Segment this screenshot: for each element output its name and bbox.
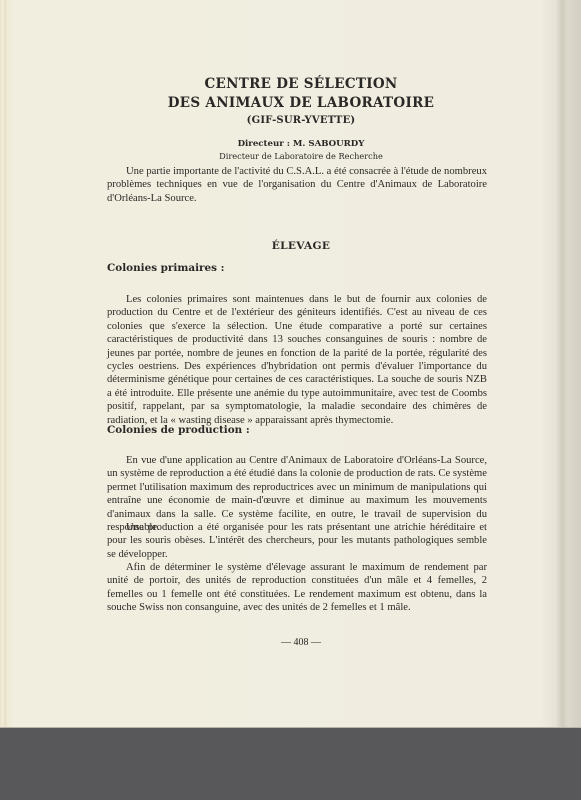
document-page: CENTRE DE SÉLECTION DES ANIMAUX DE LABOR… (0, 0, 581, 728)
director-title: Directeur de Laboratoire de Recherche (107, 151, 495, 161)
subsection-heading-primary-colonies: Colonies primaires : (107, 262, 224, 274)
paragraph-production-2: Une production a été organisée pour les … (107, 521, 487, 561)
paragraph-production-3: Afin de déterminer le système d'élevage … (107, 561, 487, 615)
location-subtitle: (GIF-SUR-YVETTE) (107, 115, 495, 126)
paragraph-primary-colonies: Les colonies primaires sont maintenues d… (107, 293, 487, 427)
director-name: Directeur : M. SABOURDY (107, 139, 495, 149)
subsection-heading-production-colonies: Colonies de production : (107, 424, 250, 436)
page-number: — 408 — (107, 637, 495, 648)
title-line-1: CENTRE DE SÉLECTION (107, 76, 495, 92)
section-title: ÉLEVAGE (107, 240, 495, 252)
intro-paragraph: Une partie importante de l'activité du C… (107, 165, 487, 205)
title-line-2: DES ANIMAUX DE LABORATOIRE (107, 95, 495, 111)
